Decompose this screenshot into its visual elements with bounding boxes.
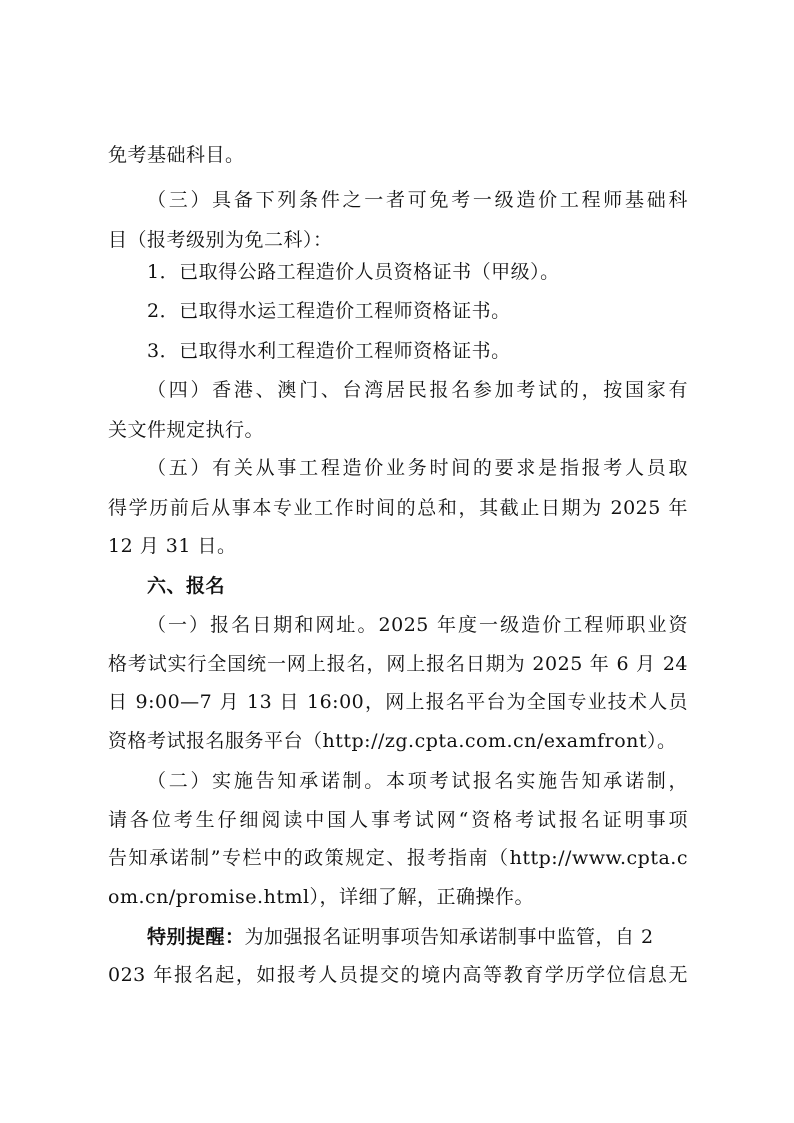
- clause-five: （五）有关从事工程造价业务时间的要求是指报考人员取: [147, 456, 688, 480]
- list-item-2: 2．已取得水运工程造价工程师资格证书。: [147, 299, 688, 323]
- clause-three-heading: （三）具备下列条件之一者可免考一级造价工程师基础科: [147, 188, 688, 212]
- paragraph-line: 请各位考生仔细阅读中国人事考试网“资格考试报名证明事项: [108, 808, 688, 832]
- paragraph-line: 关文件规定执行。: [108, 418, 688, 442]
- paragraph-line: 得学历前后从事本专业工作时间的总和，其截止日期为 2025 年: [108, 496, 688, 520]
- special-reminder-text: 为加强报名证明事项告知承诺制事中监管，自 2: [245, 926, 654, 948]
- special-reminder-line: 特别提醒：为加强报名证明事项告知承诺制事中监管，自 2: [147, 925, 688, 949]
- list-item-1: 1．已取得公路工程造价人员资格证书（甲级）。: [147, 260, 688, 284]
- paragraph-line: 日 9:00—7 月 13 日 16:00，网上报名平台为全国专业技术人员: [108, 690, 688, 714]
- paragraph-line: 免考基础科目。: [108, 143, 688, 167]
- paragraph-line: 目（报考级别为免二科）：: [108, 228, 688, 252]
- document-page: 免考基础科目。 （三）具备下列条件之一者可免考一级造价工程师基础科 目（报考级别…: [0, 0, 794, 1123]
- paragraph-line: 023 年报名起，如报考人员提交的境内高等教育学历学位信息无: [108, 963, 688, 987]
- clause-four: （四）香港、澳门、台湾居民报名参加考试的，按国家有: [147, 378, 688, 402]
- paragraph-line: om.cn/promise.html），详细了解，正确操作。: [108, 885, 688, 909]
- paragraph-line: 格考试实行全国统一网上报名，网上报名日期为 2025 年 6 月 24: [108, 652, 688, 676]
- registration-url-line: 资格考试报名服务平台（http://zg.cpta.com.cn/examfro…: [108, 729, 688, 753]
- section-heading-registration: 六、报名: [147, 574, 688, 598]
- special-reminder-label: 特别提醒：: [147, 926, 245, 948]
- paragraph-line: 12 月 31 日。: [108, 534, 688, 558]
- registration-clause-two: （二）实施告知承诺制。本项考试报名实施告知承诺制，: [147, 769, 688, 793]
- registration-clause-one: （一）报名日期和网址。2025 年度一级造价工程师职业资: [147, 613, 688, 637]
- list-item-3: 3．已取得水利工程造价工程师资格证书。: [147, 339, 688, 363]
- promise-url-line: 告知承诺制”专栏中的政策规定、报考指南（http://www.cpta.c: [108, 846, 688, 870]
